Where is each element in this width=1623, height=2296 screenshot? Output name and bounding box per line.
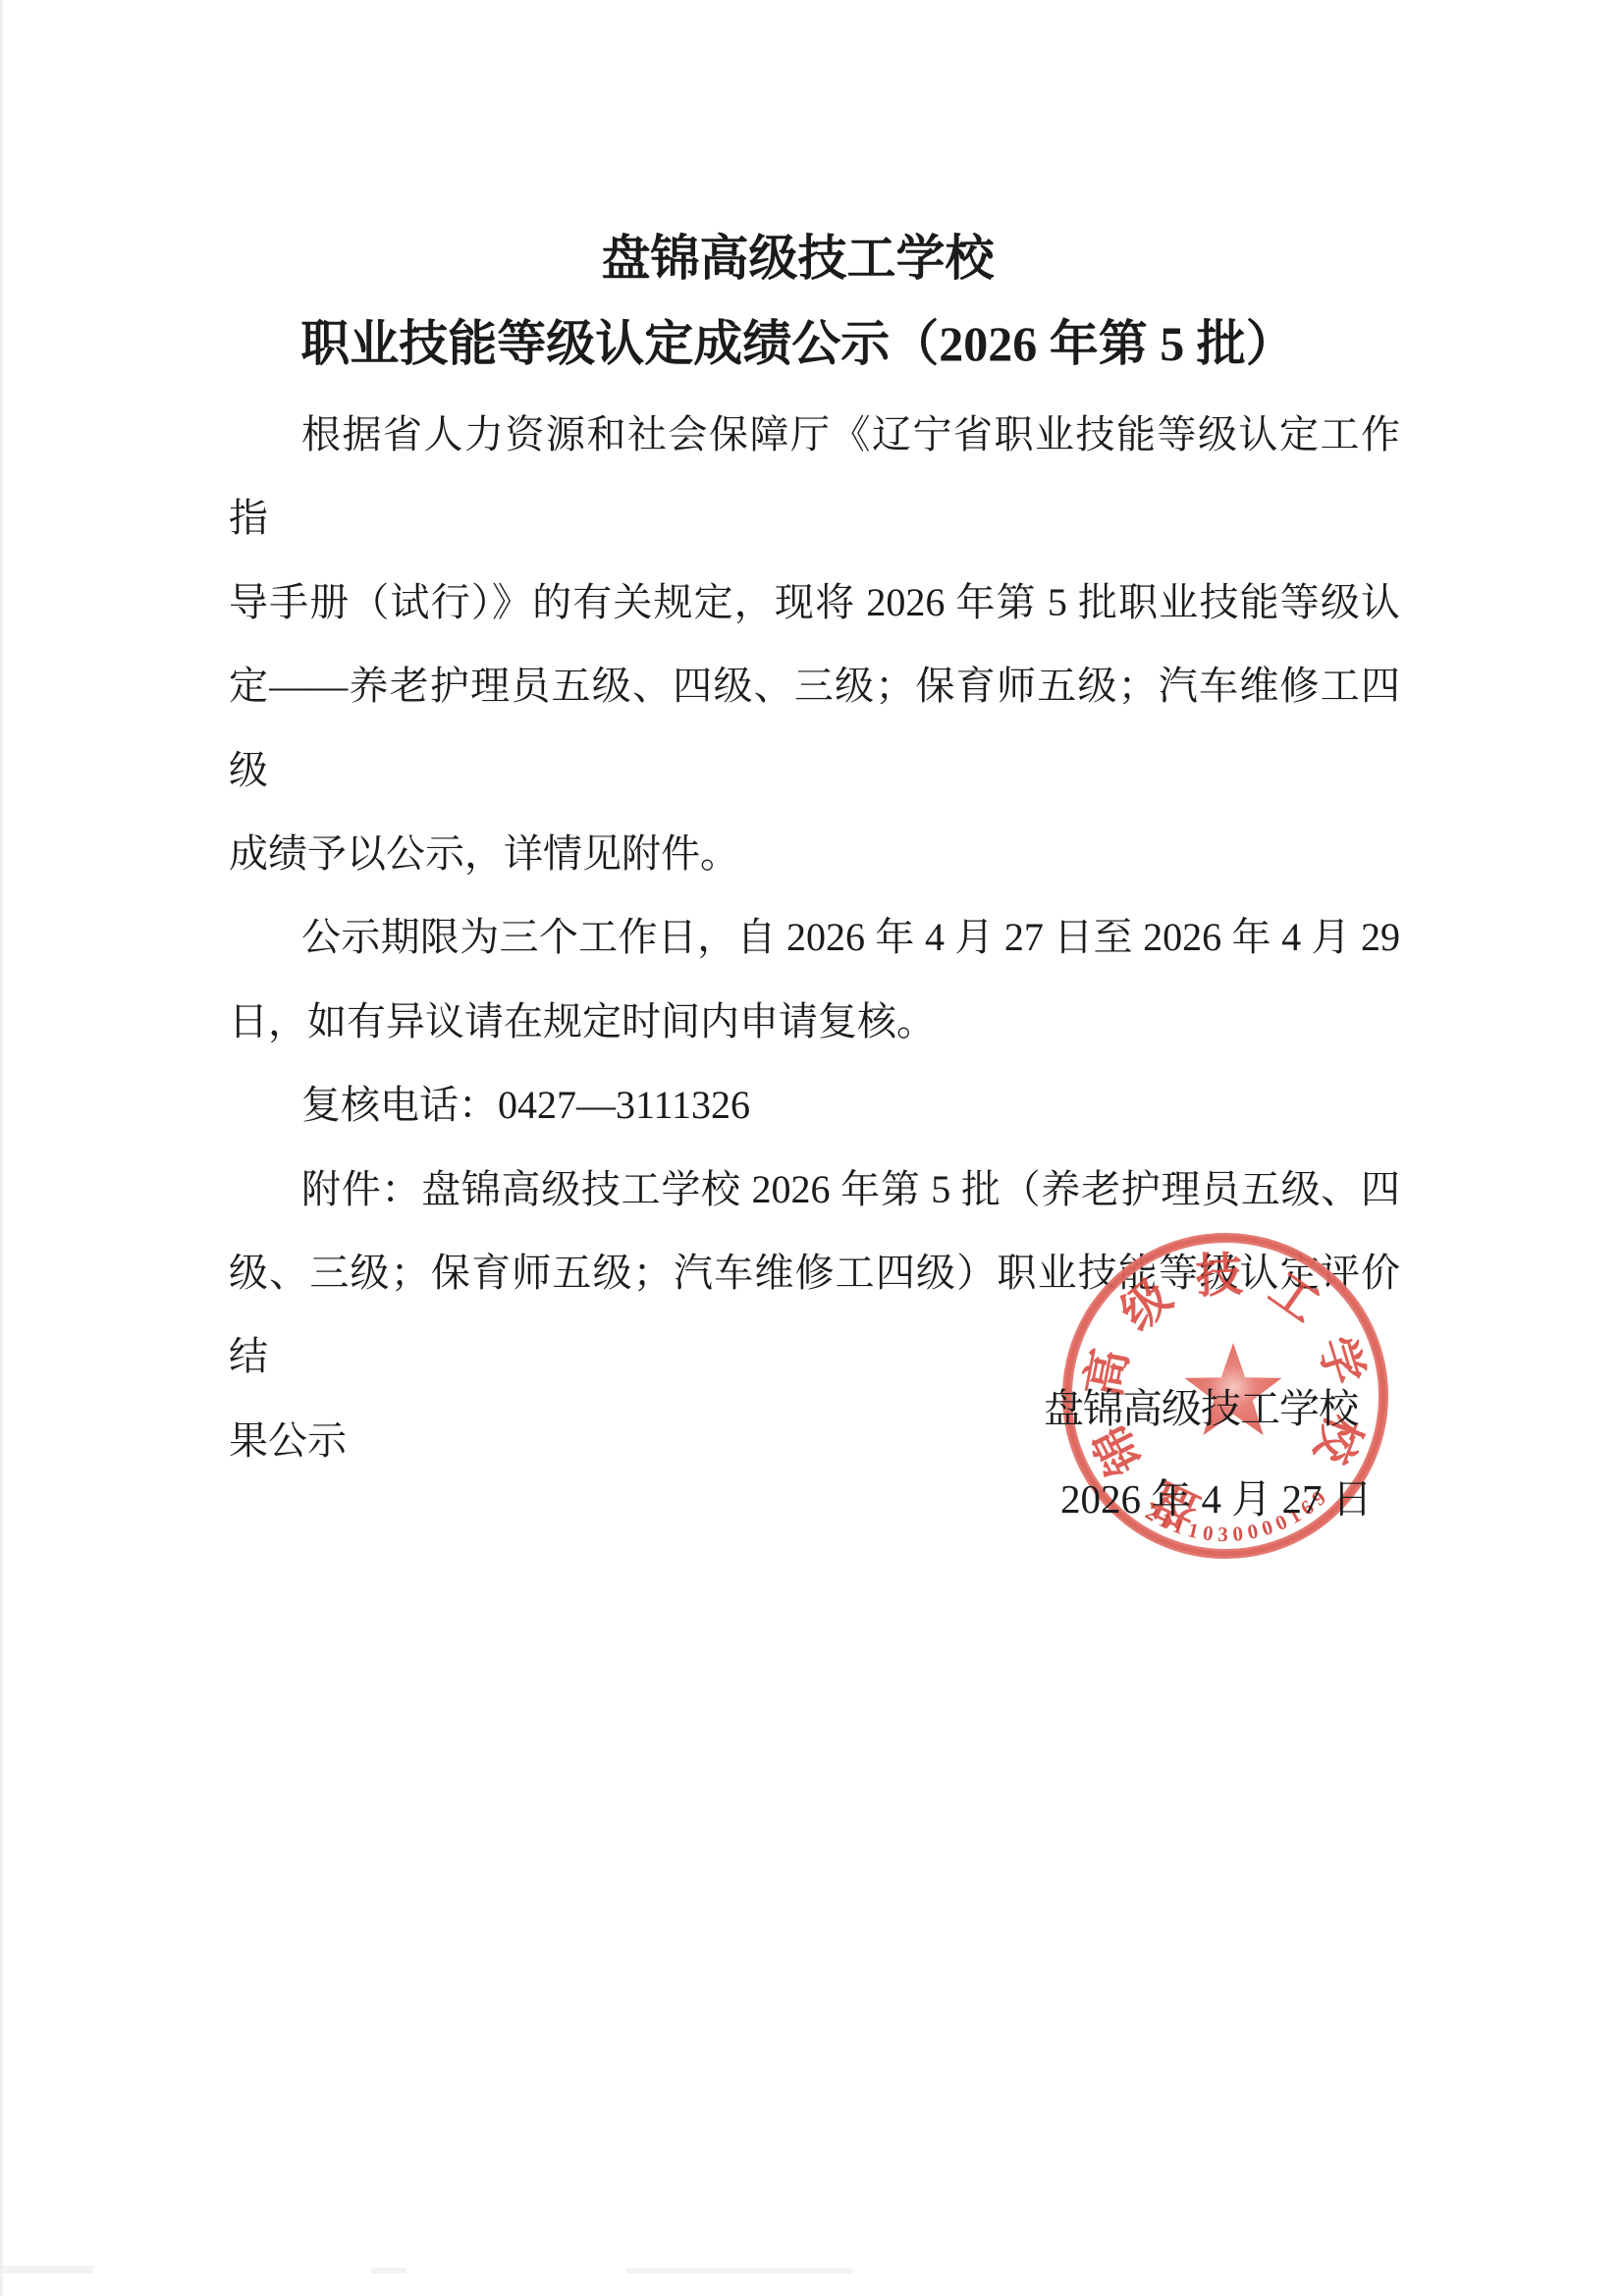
body-line-6: 日，如有异议请在规定时间内申请复核。 [229,980,1400,1063]
signature-school-name: 盘锦高级技工学校 [1044,1376,1358,1434]
signature-date: 2026 年 4 月 27 日 [1060,1467,1373,1524]
seal-ring-char: 技 [1194,1249,1244,1303]
seal-code-digit: 0 [1231,1522,1244,1546]
seal-code-digit: 3 [1217,1522,1228,1546]
scan-bottom-artifact [0,2266,93,2273]
body-line-2: 导手册（试行）》的有关规定，现将 2026 年第 5 批职业技能等级认 [229,561,1400,644]
body-line-1: 根据省人力资源和社会保障厅《辽宁省职业技能等级认定工作指 [229,393,1400,561]
document-page: 盘锦高级技工学校 职业技能等级认定成绩公示（2026 年第 5 批） 根据省人力… [0,0,1623,2296]
scan-edge-artifact [0,0,3,2296]
body-line-7: 复核电话：0427—3111326 [229,1063,1400,1147]
body-line-3: 定——养老护理员五级、四级、三级；保育师五级；汽车维修工四级 [229,644,1400,812]
scan-bottom-artifact [371,2268,406,2273]
scan-bottom-artifact [626,2269,852,2273]
body-line-5: 公示期限为三个工作日，自 2026 年 4 月 27 日至 2026 年 4 月… [229,895,1400,979]
body-line-4: 成绩予以公示，详情见附件。 [229,812,1400,895]
document-title-line1: 盘锦高级技工学校 [212,230,1383,287]
document-title-line2: 职业技能等级认定成绩公示（2026 年第 5 批） [212,315,1383,372]
seal-code-digit: 0 [1202,1521,1215,1545]
